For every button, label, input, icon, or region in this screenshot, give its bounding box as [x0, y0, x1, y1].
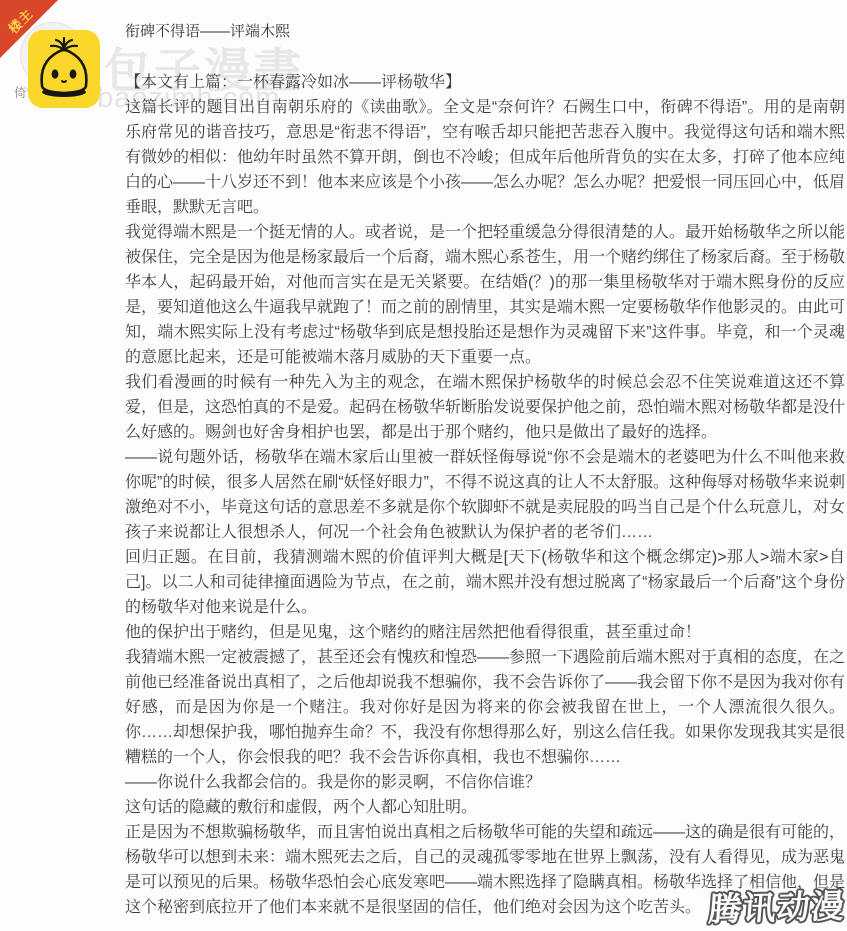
post-paragraph: 我猜端木熙一定被震撼了，甚至还会有愧疚和惶恐——参照一下遇险前后端木熙对于真相的… — [125, 645, 845, 770]
post-paragraph: 我们看漫画的时候有一种先入为主的观念，在端木熙保护杨敬华的时候总会忍不住笑说难道… — [125, 370, 845, 445]
post-paragraph: 这篇长评的题目出自南朝乐府的《读曲歌》。全文是“奈何许？石阙生口中，衔碑不得语”… — [125, 95, 845, 220]
baozi-bun-face-icon — [32, 34, 96, 104]
comment-post-page: 楼主 倚窗临工仙 包子漫畫 baozimh.com 衔碑不得语——评端木熙 【本… — [0, 0, 847, 931]
post-content: 衔碑不得语——评端木熙 【本文有上篇：一杯春露冷如冰——评杨敬华】 这篇长评的题… — [125, 22, 845, 920]
tencent-comics-watermark: 腾讯动漫 — [707, 880, 847, 931]
post-paragraph: 回归正题。在目前，我猜测端木熙的价值评判大概是[天下(杨敬华和这个概念绑定)>那… — [125, 545, 845, 620]
post-subtitle: 【本文有上篇：一杯春露冷如冰——评杨敬华】 — [125, 70, 845, 95]
post-paragraph: ——你说什么我都会信的。我是你的影灵啊，不信你信谁？ — [125, 770, 845, 795]
baozi-logo — [28, 30, 100, 108]
post-title: 衔碑不得语——评端木熙 — [125, 22, 845, 42]
post-paragraph: 他的保护出于赌约，但是见鬼，这个赌约的赌注居然把他看得很重，甚至重过命！ — [125, 620, 845, 645]
post-paragraph: 我觉得端木熙是一个挺无情的人。或者说，是一个把轻重缓急分得很清楚的人。最开始杨敬… — [125, 220, 845, 370]
post-paragraph: ——说句题外话，杨敬华在端木家后山里被一群妖怪侮辱说“你不会是端木的老婆吧为什么… — [125, 445, 845, 545]
post-body: 这篇长评的题目出自南朝乐府的《读曲歌》。全文是“奈何许？石阙生口中，衔碑不得语”… — [125, 95, 845, 920]
post-paragraph: 这句话的隐藏的敷衍和虚假，两个人都心知肚明。 — [125, 795, 845, 820]
